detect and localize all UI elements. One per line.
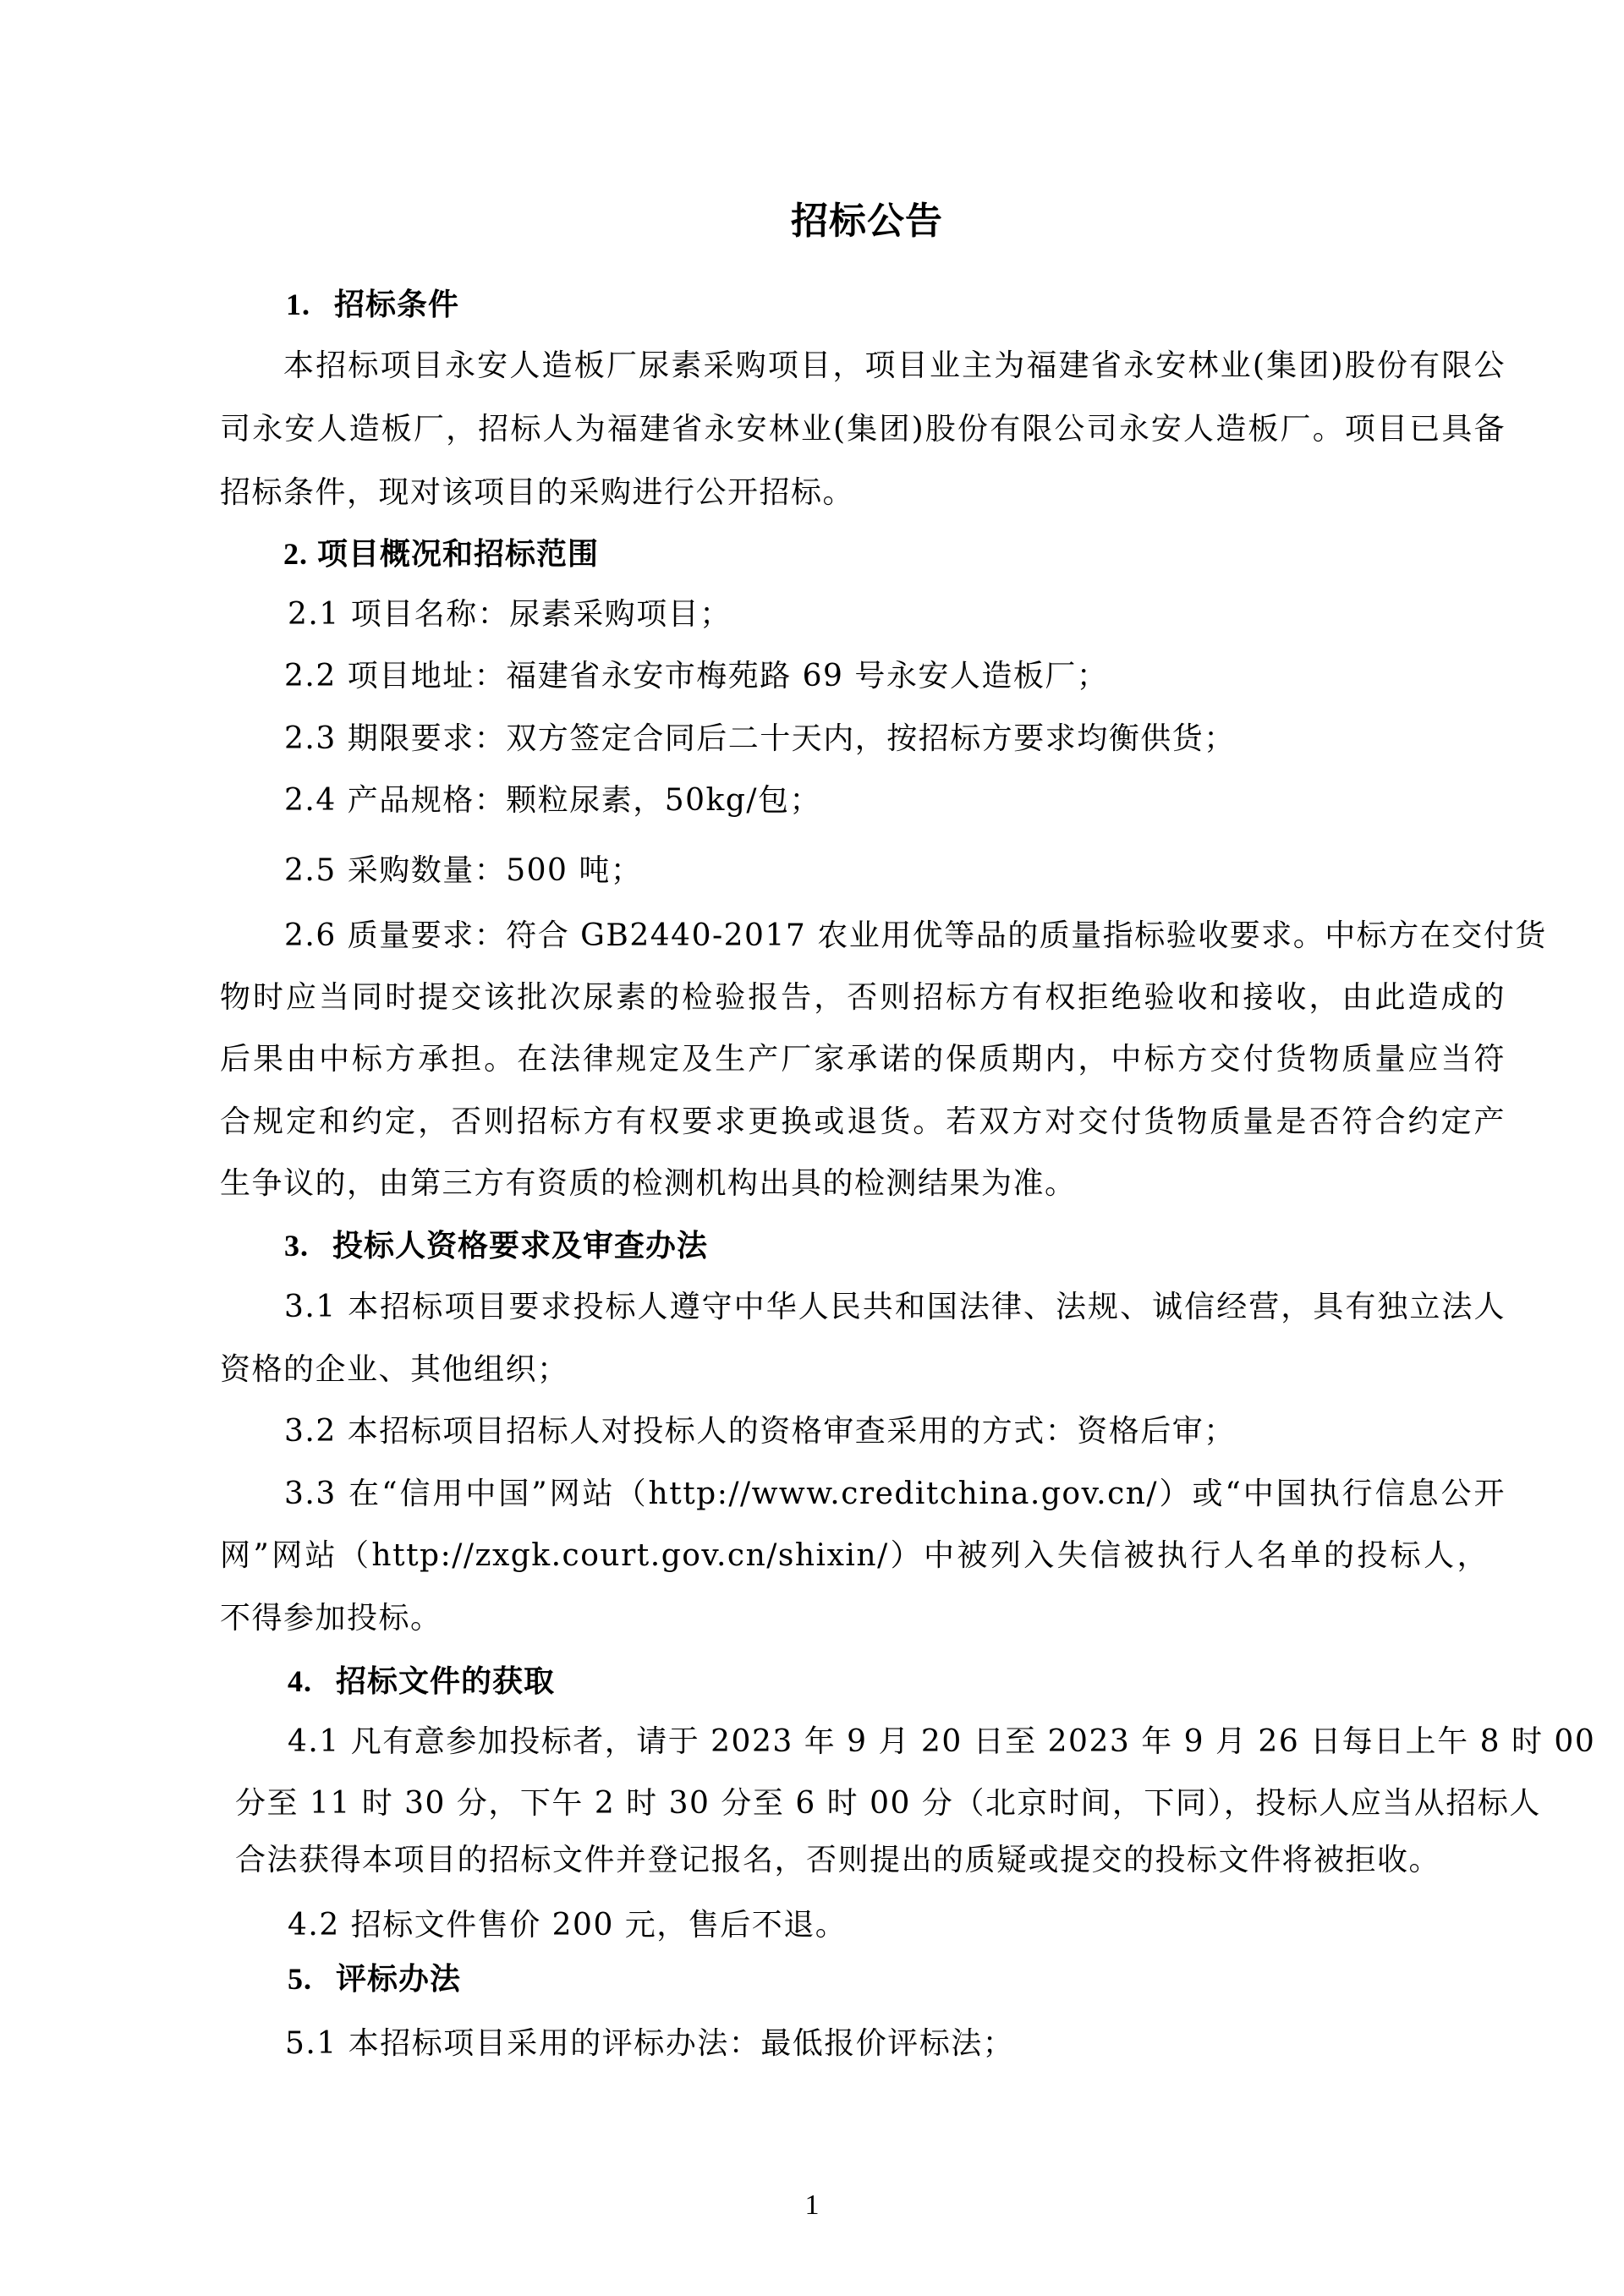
paragraph-line: 司永安人造板厂，招标人为福建省永安林业(集团)股份有限公司永安人造板厂。项目已具… (220, 398, 1506, 461)
section-number: 2. (283, 523, 317, 585)
document-page: 招标公告 1.招标条件 本招标项目永安人造板厂尿素采购项目，项目业主为福建省永安… (0, 0, 1624, 2296)
list-item: 5.1 本招标项目采用的评标办法：最低报价评标法； (285, 2013, 1579, 2075)
list-item: 4.1 凡有意参加投标者，请于 2023 年 9 月 20 日至 2023 年 … (288, 1711, 1506, 1773)
list-item: 3.3 在“信用中国”网站（http://www.creditchina.gov… (284, 1463, 1506, 1526)
section-title: 招标条件 (334, 288, 459, 322)
section-title: 招标文件的获取 (336, 1664, 555, 1699)
paragraph-line: 后果由中标方承担。在法律规定及生产厂家承诺的保质期内，中标方交付货物质量应当符 (220, 1028, 1506, 1091)
section-number: 5. (288, 1948, 336, 2010)
list-item: 2.4 产品规格：颗粒尿素，50kg/包； (284, 770, 1578, 832)
section-heading-3: 3.投标人资格要求及审查办法 (284, 1214, 1045, 1277)
section-heading-1: 1.招标条件 (286, 273, 1047, 336)
paragraph-line: 资格的企业、其他组织； (220, 1339, 1514, 1401)
paragraph-line: 分至 11 时 30 分，下午 2 时 30 分至 6 时 00 分（北京时间，… (235, 1773, 1506, 1835)
list-item: 2.3 期限要求：双方签定合同后二十天内，按招标方要求均衡供货； (284, 708, 1578, 770)
section-heading-5: 5.评标办法 (288, 1948, 1049, 2010)
paragraph-line: 合法获得本项目的招标文件并登记报名，否则提出的质疑或提交的投标文件将被拒收。 (235, 1829, 1529, 1892)
section-number: 4. (288, 1650, 336, 1712)
list-item: 2.1 项目名称：尿素采购项目； (288, 584, 1582, 646)
list-item: 2.2 项目地址：福建省永安市梅苑路 69 号永安人造板厂； (284, 645, 1578, 708)
section-title: 评标办法 (336, 1962, 461, 1997)
paragraph-line: 生争议的，由第三方有资质的检测机构出具的检测结果为准。 (220, 1153, 1514, 1215)
paragraph-line: 不得参加投标。 (220, 1587, 1514, 1650)
paragraph-line: 合规定和约定，否则招标方有权要求更换或退货。若双方对交付货物质量是否符合约定产 (220, 1091, 1506, 1153)
section-title: 项目概况和招标范围 (317, 537, 599, 572)
section-heading-2: 2.项目概况和招标范围 (283, 523, 1045, 585)
paragraph-line: 招标条件，现对该项目的采购进行公开招标。 (220, 462, 1514, 524)
section-number: 3. (284, 1214, 332, 1277)
list-item: 3.2 本招标项目招标人对投标人的资格审查采用的方式：资格后审； (284, 1400, 1578, 1463)
section-heading-4: 4.招标文件的获取 (288, 1650, 1049, 1712)
paragraph-line: 网”网站（http://zxgk.court.gov.cn/shixin/）中被… (220, 1525, 1489, 1587)
list-item: 3.1 本招标项目要求投标人遵守中华人民共和国法律、法规、诚信经营，具有独立法人 (284, 1276, 1506, 1339)
section-number: 1. (286, 273, 334, 336)
list-item: 2.6 质量要求：符合 GB2440-2017 农业用优等品的质量指标验收要求。… (284, 905, 1506, 967)
paragraph-line: 本招标项目永安人造板厂尿素采购项目，项目业主为福建省永安林业(集团)股份有限公 (283, 335, 1506, 397)
section-title: 投标人资格要求及审查办法 (332, 1229, 708, 1263)
paragraph-line: 物时应当同时提交该批次尿素的检验报告，否则招标方有权拒绝验收和接收，由此造成的 (220, 967, 1506, 1029)
page-number: 1 (795, 2189, 829, 2222)
page-title: 招标公告 (0, 196, 1624, 247)
list-item: 2.5 采购数量：500 吨； (284, 840, 1578, 902)
